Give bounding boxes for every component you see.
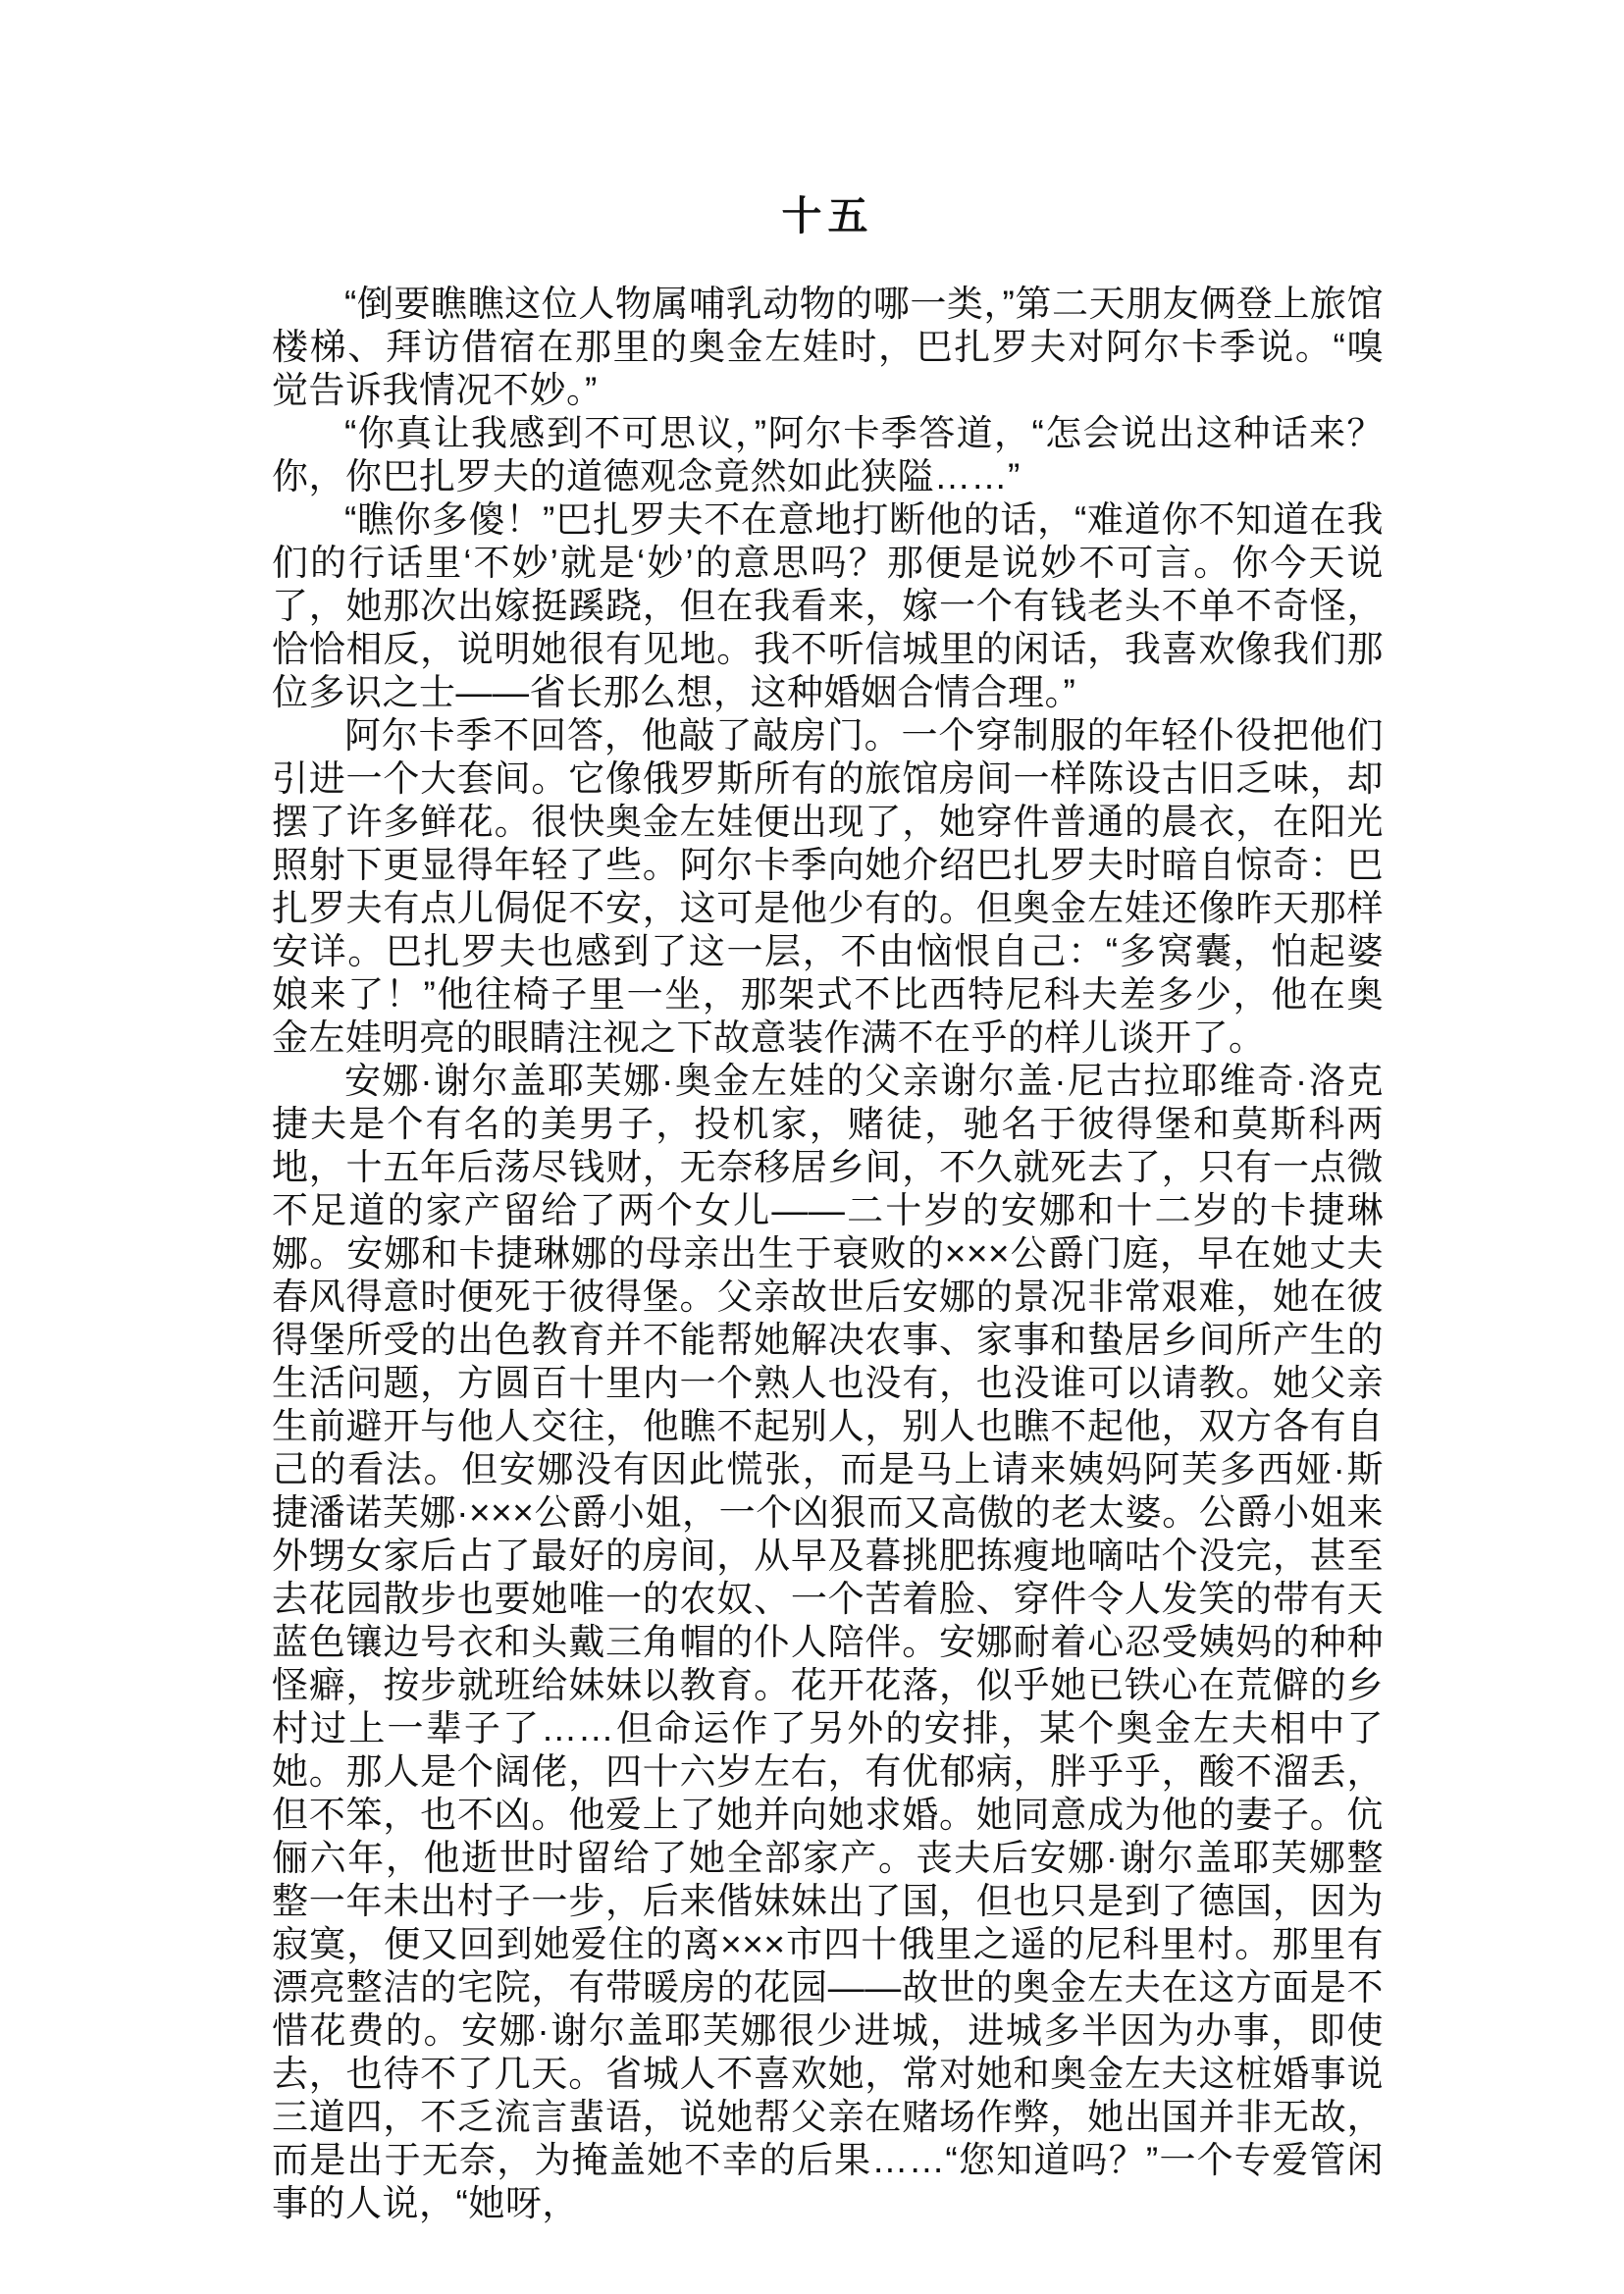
paragraph: “你真让我感到不可思议，”阿尔卡季答道，“怎会说出这种话来？你，你巴扎罗夫的道德… bbox=[272, 412, 1384, 498]
chapter-title: 十五 bbox=[272, 192, 1384, 239]
paragraph: 阿尔卡季不回答，他敲了敲房门。一个穿制服的年轻仆役把他们引进一个大套间。它像俄罗… bbox=[272, 714, 1384, 1060]
paragraph: “瞧你多傻！”巴扎罗夫不在意地打断他的话，“难道你不知道在我们的行话里‘不妙’就… bbox=[272, 498, 1384, 714]
paragraph: “倒要瞧瞧这位人物属哺乳动物的哪一类，”第二天朋友俩登上旅馆楼梯、拜访借宿在那里… bbox=[272, 283, 1384, 412]
page-content: 十五 “倒要瞧瞧这位人物属哺乳动物的哪一类，”第二天朋友俩登上旅馆楼梯、拜访借宿… bbox=[272, 192, 1384, 2225]
chapter-body: “倒要瞧瞧这位人物属哺乳动物的哪一类，”第二天朋友俩登上旅馆楼梯、拜访借宿在那里… bbox=[272, 283, 1384, 2225]
document-page: 十五 “倒要瞧瞧这位人物属哺乳动物的哪一类，”第二天朋友俩登上旅馆楼梯、拜访借宿… bbox=[0, 0, 1624, 2294]
paragraph: 安娜·谢尔盖耶芙娜·奥金左娃的父亲谢尔盖·尼古拉耶维奇·洛克捷夫是个有名的美男子… bbox=[272, 1060, 1384, 2225]
